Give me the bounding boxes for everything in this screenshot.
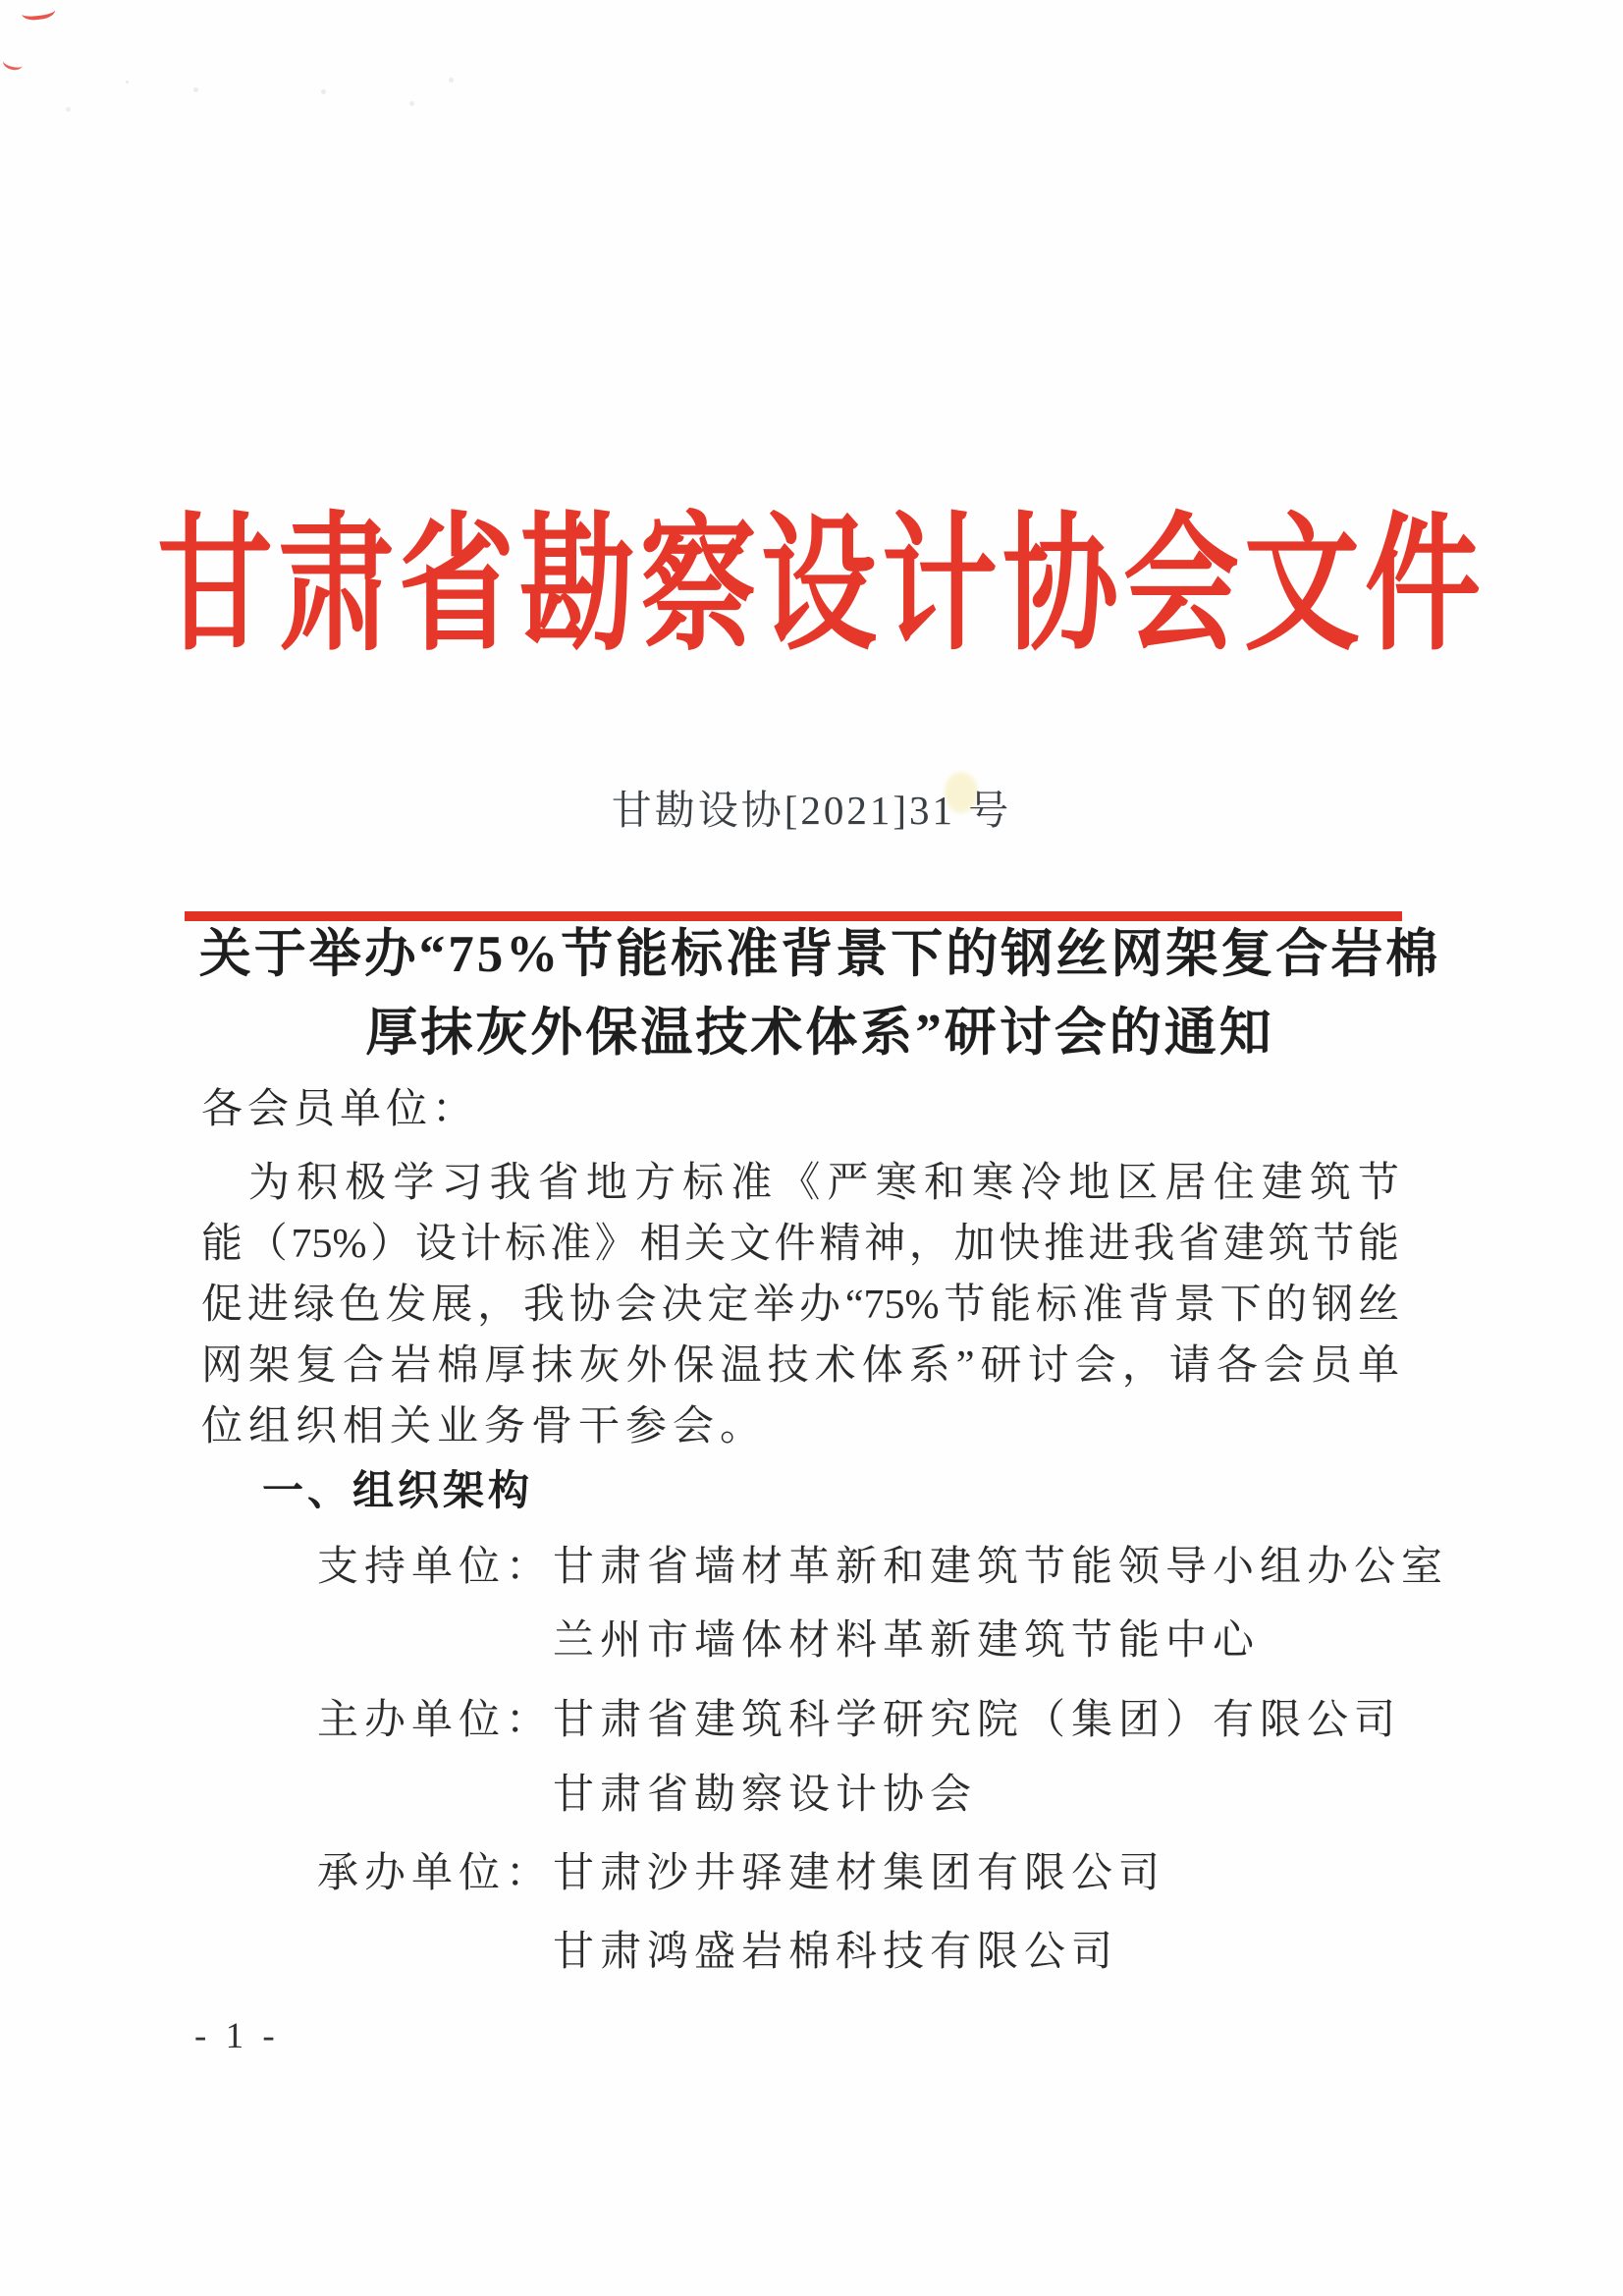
org-line-organizer-unit: 承办单位：甘肃沙井驿建材集团有限公司 xyxy=(201,1848,1165,1899)
org-line-host-unit: 主办单位：甘肃省建筑科学研究院（集团）有限公司 xyxy=(201,1695,1401,1746)
body-paragraph: 为积极学习我省地方标准《严寒和寒冷地区居住建筑节 能（75%）设计标准》相关文件… xyxy=(201,1153,1399,1457)
paragraph-line: 促进绿色发展，我协会决定举办“75%节能标准背景下的钢丝 xyxy=(201,1275,1399,1336)
paragraph-line: 能（75%）设计标准》相关文件精神，加快推进我省建筑节能 xyxy=(201,1214,1399,1275)
notice-title-line-2: 厚抹灰外保温技术体系”研讨会的通知 xyxy=(187,994,1453,1072)
red-pen-mark xyxy=(2,55,25,72)
document-page: 甘肃省勘察设计协会文件 甘勘设协[2021]31 号 关于举办“75%节能标准背… xyxy=(0,0,1623,2296)
red-pen-mark xyxy=(21,1,56,22)
scan-speckles xyxy=(126,81,129,83)
notice-title: 关于举办“75%节能标准背景下的钢丝网架复合岩棉 厚抹灰外保温技术体系”研讨会的… xyxy=(187,915,1453,1072)
paragraph-line: 网架复合岩棉厚抹灰外保温技术体系”研讨会，请各会员单 xyxy=(201,1336,1399,1396)
notice-title-line-1: 关于举办“75%节能标准背景下的钢丝网架复合岩棉 xyxy=(187,915,1453,994)
paragraph-line: 为积极学习我省地方标准《严寒和寒冷地区居住建筑节 xyxy=(201,1153,1399,1214)
page-number: - 1 - xyxy=(194,2015,280,2057)
org-line-organizer-unit-2: 甘肃鸿盛岩棉科技有限公司 xyxy=(201,1927,1118,1978)
org-line-support-unit: 支持单位：甘肃省墙材革新和建筑节能领导小组办公室 xyxy=(201,1542,1448,1593)
paragraph-line: 位组织相关业务骨干参会。 xyxy=(201,1396,1399,1457)
salutation: 各会员单位： xyxy=(201,1086,478,1133)
red-header-title: 甘肃省勘察设计协会文件 xyxy=(0,513,1623,661)
section-heading-organization: 一、组织架构 xyxy=(201,1467,533,1516)
org-line-support-unit-2: 兰州市墙体材料革新建筑节能中心 xyxy=(201,1615,1260,1667)
document-number: 甘勘设协[2021]31 号 xyxy=(0,781,1623,840)
org-line-host-unit-2: 甘肃省勘察设计协会 xyxy=(201,1770,977,1821)
